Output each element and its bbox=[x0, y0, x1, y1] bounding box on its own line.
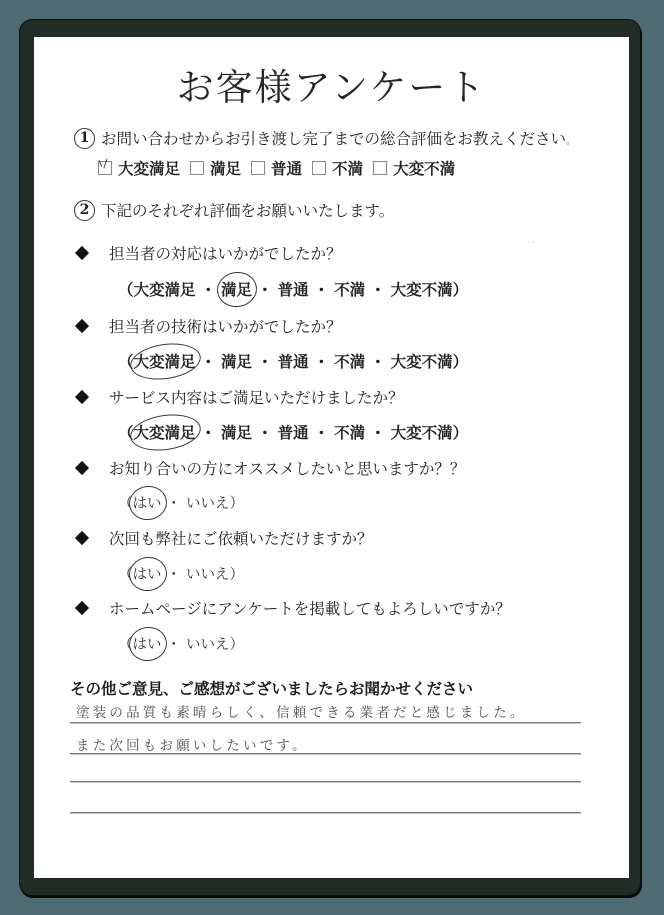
separator: ・ bbox=[314, 278, 330, 300]
yesno-question-repeat-order: 次回も弊社にご依頼いただけますか？ bbox=[74, 527, 373, 549]
paper-speck bbox=[533, 242, 534, 243]
checkbox-label: 普通 bbox=[271, 157, 302, 179]
yesno-question-recommend: お知り合いの方にオススメしたいと思いますか？？ bbox=[74, 457, 465, 479]
rating-question-staff-response: 担当者の対応はいかがでしたか？ bbox=[74, 242, 342, 264]
rating-options-staff-skill: （大変満足・満足・普通・不満・大変不満） bbox=[118, 350, 468, 372]
yesno-options-recommend: （はい・いいえ） bbox=[118, 492, 244, 513]
diamond-bullet-icon bbox=[75, 461, 89, 475]
document-frame: お客様アンケート 1お問い合わせからお引き渡し完了までの総合評価をお教えください… bbox=[20, 20, 640, 895]
close-paren: ） bbox=[453, 421, 469, 443]
option-very-dissatisfied[interactable]: 大変不満 bbox=[391, 421, 453, 443]
yesno-options-repeat-order: （はい・いいえ） bbox=[118, 563, 244, 584]
option-dissatisfied[interactable]: 不満 bbox=[334, 350, 365, 372]
comment-line-2-text[interactable]: また次回もお願いしたいです。 bbox=[76, 734, 309, 754]
option-satisfied[interactable]: 満足 bbox=[221, 421, 252, 443]
question-text: 担当者の技術はいかがでしたか？ bbox=[109, 315, 342, 337]
option-dissatisfied[interactable]: 不満 bbox=[334, 278, 365, 300]
separator: ・ bbox=[201, 421, 217, 443]
yesno-question-publish: ホームページにアンケートを掲載してもよろしいですか？ bbox=[74, 597, 511, 619]
option-very-dissatisfied[interactable]: 大変不満 bbox=[391, 350, 453, 372]
separator: ・ bbox=[370, 421, 386, 443]
option-yes-circled[interactable]: はい bbox=[133, 492, 162, 513]
checkbox-empty-icon[interactable] bbox=[312, 161, 326, 175]
section-2-question: 下記のそれぞれ評価をお願いいたします。 bbox=[101, 202, 394, 220]
checkbox-label: 大変満足 bbox=[118, 157, 180, 179]
option-satisfied[interactable]: 満足 bbox=[221, 350, 252, 372]
checkbox-label: 不満 bbox=[332, 157, 363, 179]
checkbox-empty-icon[interactable] bbox=[190, 161, 204, 175]
option-very-dissatisfied[interactable]: 大変不満 bbox=[391, 278, 453, 300]
option-neutral[interactable]: 普通 bbox=[278, 278, 309, 300]
comment-line-1 bbox=[70, 722, 581, 724]
option-satisfied-circled[interactable]: 満足 bbox=[221, 278, 252, 300]
option-neutral[interactable]: 普通 bbox=[278, 350, 309, 372]
separator: ・ bbox=[370, 278, 386, 300]
checkbox-very-satisfied[interactable]: 大変満足 bbox=[98, 157, 180, 179]
comments-label: その他ご意見、ご感想がございましたらお聞かせください bbox=[70, 677, 473, 699]
separator: ・ bbox=[257, 278, 273, 300]
separator: ・ bbox=[201, 278, 217, 300]
page-title: お客様アンケート bbox=[34, 57, 629, 111]
section-2-number: 2 bbox=[74, 200, 95, 221]
comment-line-2 bbox=[70, 753, 581, 755]
option-no[interactable]: いいえ bbox=[186, 633, 230, 654]
separator: ・ bbox=[257, 350, 273, 372]
checkbox-empty-icon[interactable] bbox=[373, 161, 387, 175]
checkbox-checked-icon[interactable] bbox=[98, 161, 112, 175]
question-text: サービス内容はご満足いただけましたか？ bbox=[109, 386, 404, 408]
question-text: お知り合いの方にオススメしたいと思いますか？？ bbox=[109, 457, 465, 479]
option-yes-circled[interactable]: はい bbox=[133, 633, 162, 654]
separator: ・ bbox=[370, 350, 386, 372]
separator: ・ bbox=[201, 350, 217, 372]
survey-sheet: お客様アンケート 1お問い合わせからお引き渡し完了までの総合評価をお教えください… bbox=[34, 37, 629, 878]
option-very-satisfied-circled[interactable]: 大変満足 bbox=[134, 350, 196, 372]
comment-line-3[interactable] bbox=[70, 781, 581, 783]
option-neutral[interactable]: 普通 bbox=[278, 421, 309, 443]
close-paren: ） bbox=[230, 633, 245, 654]
close-paren: ） bbox=[453, 278, 469, 300]
diamond-bullet-icon bbox=[75, 319, 89, 333]
question-text: 次回も弊社にご依頼いただけますか？ bbox=[109, 527, 373, 549]
yesno-options-publish: （はい・いいえ） bbox=[118, 633, 244, 654]
rating-options-staff-response: （大変満足・満足・普通・不満・大変不満） bbox=[118, 278, 468, 300]
option-dissatisfied[interactable]: 不満 bbox=[334, 421, 365, 443]
rating-question-staff-skill: 担当者の技術はいかがでしたか？ bbox=[74, 315, 342, 337]
section-2-heading: 2下記のそれぞれ評価をお願いいたします。 bbox=[74, 199, 394, 221]
checkbox-satisfied[interactable]: 満足 bbox=[190, 157, 241, 179]
close-paren: ） bbox=[230, 563, 245, 584]
diamond-bullet-icon bbox=[75, 531, 89, 545]
option-very-satisfied[interactable]: 大変満足 bbox=[134, 278, 196, 300]
overall-rating-checkboxes: 大変満足 満足 普通 不満 大変不満 bbox=[98, 157, 465, 179]
option-no[interactable]: いいえ bbox=[186, 563, 230, 584]
comment-line-4[interactable] bbox=[70, 812, 581, 814]
diamond-bullet-icon bbox=[75, 390, 89, 404]
question-text: 担当者の対応はいかがでしたか？ bbox=[109, 242, 342, 264]
question-text: ホームページにアンケートを掲載してもよろしいですか？ bbox=[109, 597, 511, 619]
rating-question-service: サービス内容はご満足いただけましたか？ bbox=[74, 386, 404, 408]
close-paren: ） bbox=[453, 350, 469, 372]
separator: ・ bbox=[257, 421, 273, 443]
separator: ・ bbox=[314, 350, 330, 372]
separator: ・ bbox=[167, 633, 182, 654]
diamond-bullet-icon bbox=[75, 601, 89, 615]
rating-options-service: （大変満足・満足・普通・不満・大変不満） bbox=[118, 421, 468, 443]
section-1-number: 1 bbox=[74, 128, 95, 149]
section-1-heading: 1お問い合わせからお引き渡し完了までの総合評価をお教えください。 bbox=[74, 127, 576, 149]
checkbox-label: 大変不満 bbox=[393, 157, 455, 179]
diamond-bullet-icon bbox=[75, 246, 89, 260]
option-no[interactable]: いいえ bbox=[186, 492, 230, 513]
option-yes-circled[interactable]: はい bbox=[133, 563, 162, 584]
checkbox-very-dissatisfied[interactable]: 大変不満 bbox=[373, 157, 455, 179]
comment-line-1-text[interactable]: 塗装の品質も素晴らしく、信頼できる業者だと感じました。 bbox=[76, 701, 527, 721]
checkbox-dissatisfied[interactable]: 不満 bbox=[312, 157, 363, 179]
section-1-end-mark: 。 bbox=[566, 136, 576, 147]
checkbox-neutral[interactable]: 普通 bbox=[251, 157, 302, 179]
section-1-question: お問い合わせからお引き渡し完了までの総合評価をお教えください bbox=[101, 130, 566, 148]
separator: ・ bbox=[167, 492, 182, 513]
checkbox-empty-icon[interactable] bbox=[251, 161, 265, 175]
option-very-satisfied-circled[interactable]: 大変満足 bbox=[134, 421, 196, 443]
checkbox-label: 満足 bbox=[210, 157, 241, 179]
separator: ・ bbox=[314, 421, 330, 443]
separator: ・ bbox=[167, 563, 182, 584]
open-paren: （ bbox=[118, 278, 134, 300]
close-paren: ） bbox=[230, 492, 245, 513]
